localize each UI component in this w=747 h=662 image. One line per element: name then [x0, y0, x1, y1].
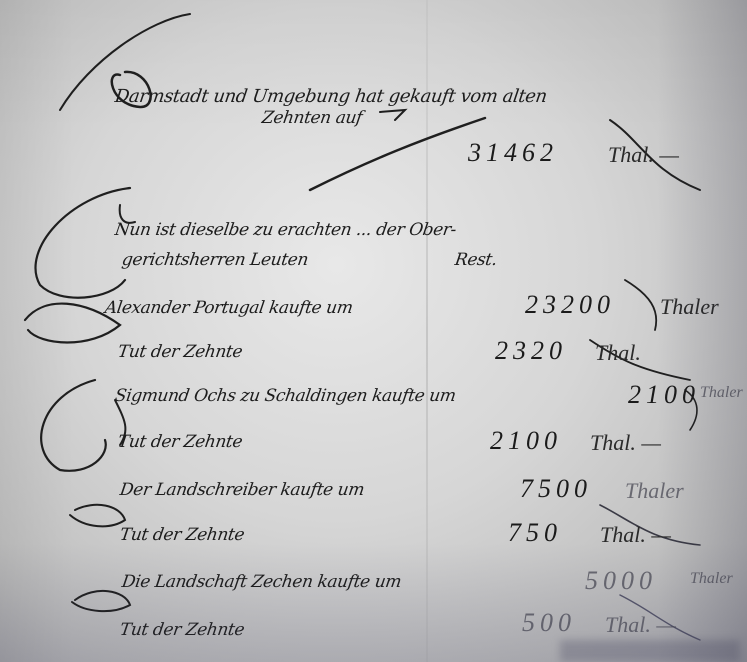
entry-4-tenth-unit: Thal. —: [600, 522, 671, 548]
entry-3-amount: 2100: [628, 380, 700, 410]
entry-5-text: Die Landschaft Zechen kaufte um: [121, 572, 403, 592]
entry-2-text: Alexander Portugal kaufte um: [104, 298, 354, 318]
entry-4-tenth-amount: 750: [508, 518, 562, 548]
entry-1-line-2: gerichtsherren Leuten: [121, 250, 310, 270]
entry-4-text: Der Landschreiber kaufte um: [119, 480, 366, 500]
entry-1-line-1: Nun ist dieselbe zu erachten ... der Obe…: [114, 220, 458, 240]
entry-5-unit: Thaler: [690, 570, 733, 588]
entry-5-tenth-unit: Thal. —: [605, 612, 676, 638]
manuscript-page: Darmstadt und Umgebung hat gekauft vom a…: [0, 0, 747, 662]
entry-5-tenth-label: Tut der Zehnte: [119, 620, 246, 640]
entry-2-amount: 23200: [525, 290, 615, 320]
entry-2-tenth-amount: 2320: [495, 336, 567, 366]
entry-3-text: Sigmund Ochs zu Schaldingen kaufte um: [114, 386, 457, 406]
header-total-amount: 31462: [468, 138, 558, 168]
header-line-2: Zehnten auf: [261, 108, 364, 128]
entry-4-unit: Thaler: [625, 478, 684, 504]
entry-2-unit: Thaler: [660, 294, 719, 320]
entry-1-line-2-right: Rest.: [454, 250, 499, 270]
entry-3-tenth-unit: Thal. —: [590, 430, 661, 456]
ink-smudge: [560, 640, 740, 662]
entry-2-tenth-unit: Thal.: [595, 340, 641, 366]
entry-3-tenth-label: Tut der Zehnte: [117, 432, 244, 452]
entry-5-amount: 5000: [585, 566, 657, 596]
entry-4-amount: 7500: [520, 474, 592, 504]
entry-4-tenth-label: Tut der Zehnte: [119, 525, 246, 545]
entry-3-unit: Thaler: [700, 384, 743, 402]
entry-5-tenth-amount: 500: [522, 608, 576, 638]
header-line-1: Darmstadt und Umgebung hat gekauft vom a…: [114, 86, 549, 107]
entry-2-tenth-label: Tut der Zehnte: [117, 342, 244, 362]
entry-3-tenth-amount: 2100: [490, 426, 562, 456]
header-total-unit: Thal. —: [608, 142, 679, 168]
